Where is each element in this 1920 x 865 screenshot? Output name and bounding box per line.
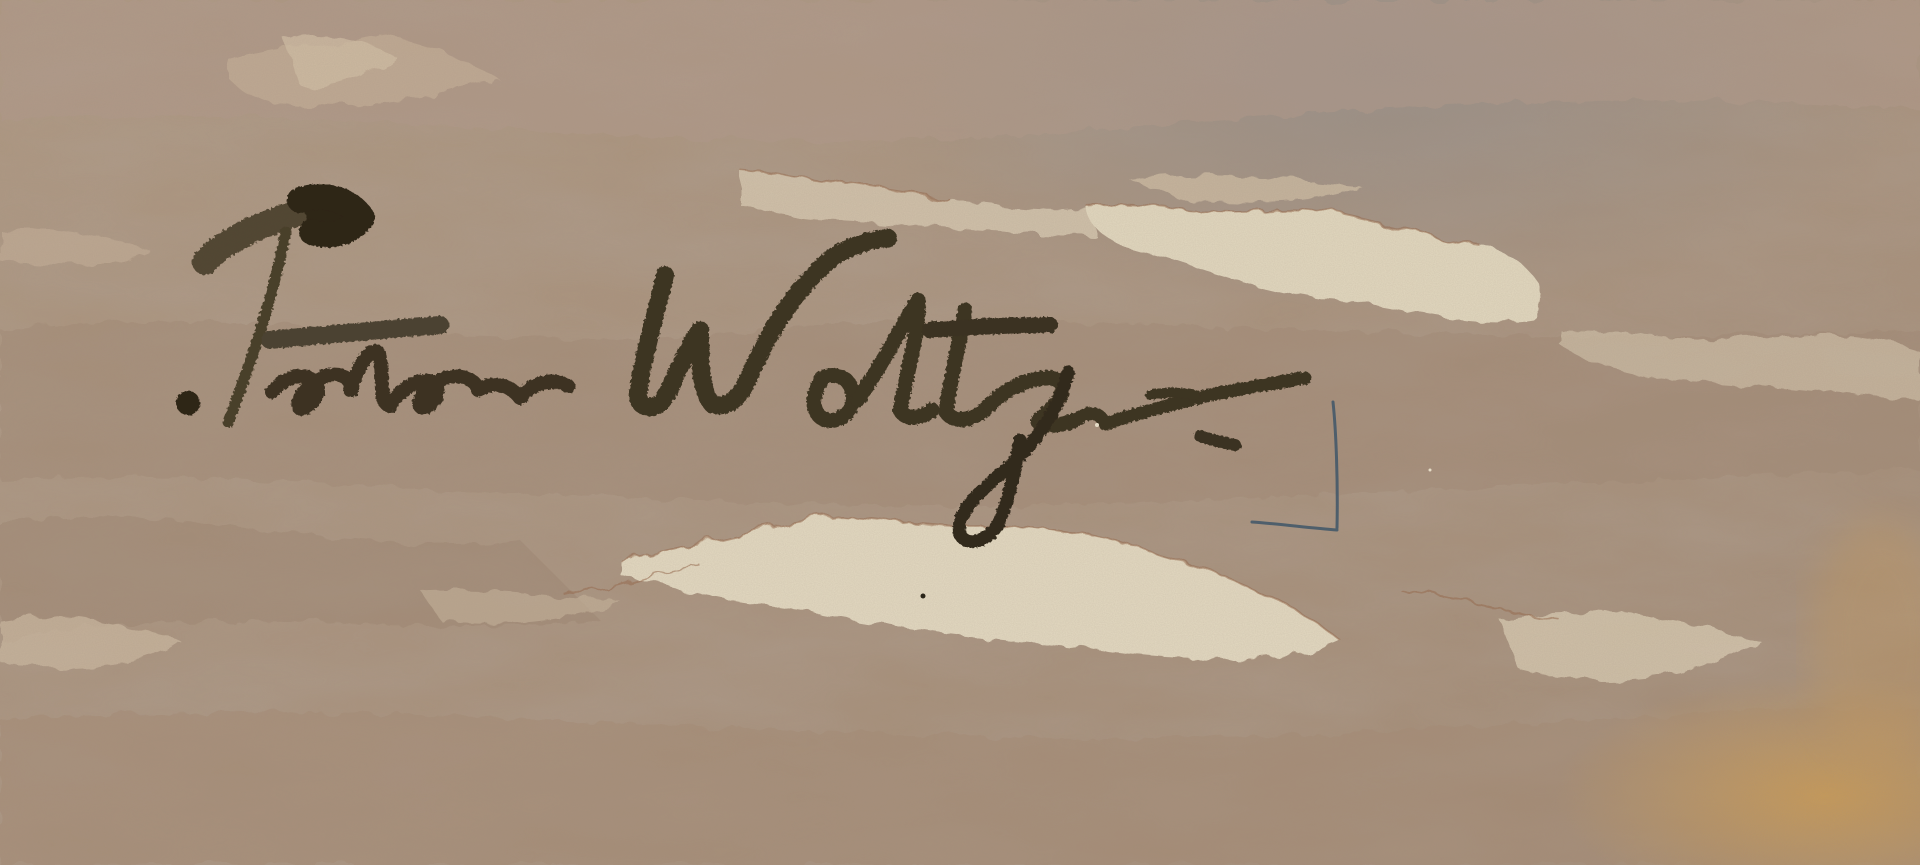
watercolor-canvas bbox=[0, 0, 1920, 865]
paper-grain bbox=[0, 0, 1920, 865]
artwork-photo: Peter Woltze bbox=[0, 0, 1920, 865]
